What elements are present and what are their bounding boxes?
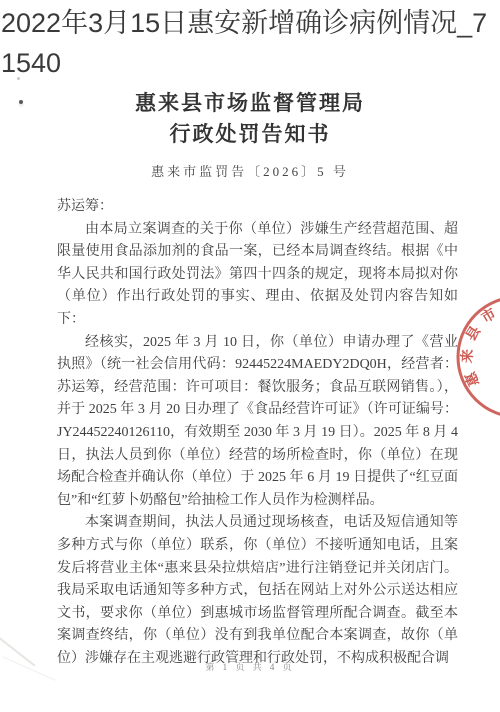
document-number: 惠来市监罚告〔2026〕5 号 xyxy=(0,161,500,180)
paragraph-3: 本案调查期间，执法人员通过现场核查，电话及短信通知等多种方式与你（单位）联系，你… xyxy=(57,512,458,670)
document-org-name: 惠来县市场监督管理局 xyxy=(0,87,500,117)
document-title: 行政处罚告知书 xyxy=(0,118,500,148)
salutation: 苏运筹： xyxy=(57,196,458,219)
document-scan: 惠来县市场监督管理局 行政处罚告知书 惠来市监罚告〔2026〕5 号 苏运筹： … xyxy=(0,84,500,712)
paragraph-1: 由本局立案调查的关于你（单位）涉嫌生产经营超范围、超限量使用食品添加剂的食品一案… xyxy=(57,219,458,332)
document-body: 苏运筹： 由本局立案调查的关于你（单位）涉嫌生产经营超范围、超限量使用食品添加剂… xyxy=(57,196,458,670)
official-seal-stamp: 惠来县市场监督管理局 xyxy=(433,272,500,442)
page-number: 第 1 页 共 4 页 xyxy=(0,660,500,673)
scan-artifact-dot xyxy=(17,77,20,80)
page-title: 2022年3月15日惠安新增确诊病例情况_71540 xyxy=(0,0,500,83)
paragraph-2: 经核实，2025 年 3 月 10 日，你（单位）申请办理了《营业执照》（统一社… xyxy=(57,332,458,513)
